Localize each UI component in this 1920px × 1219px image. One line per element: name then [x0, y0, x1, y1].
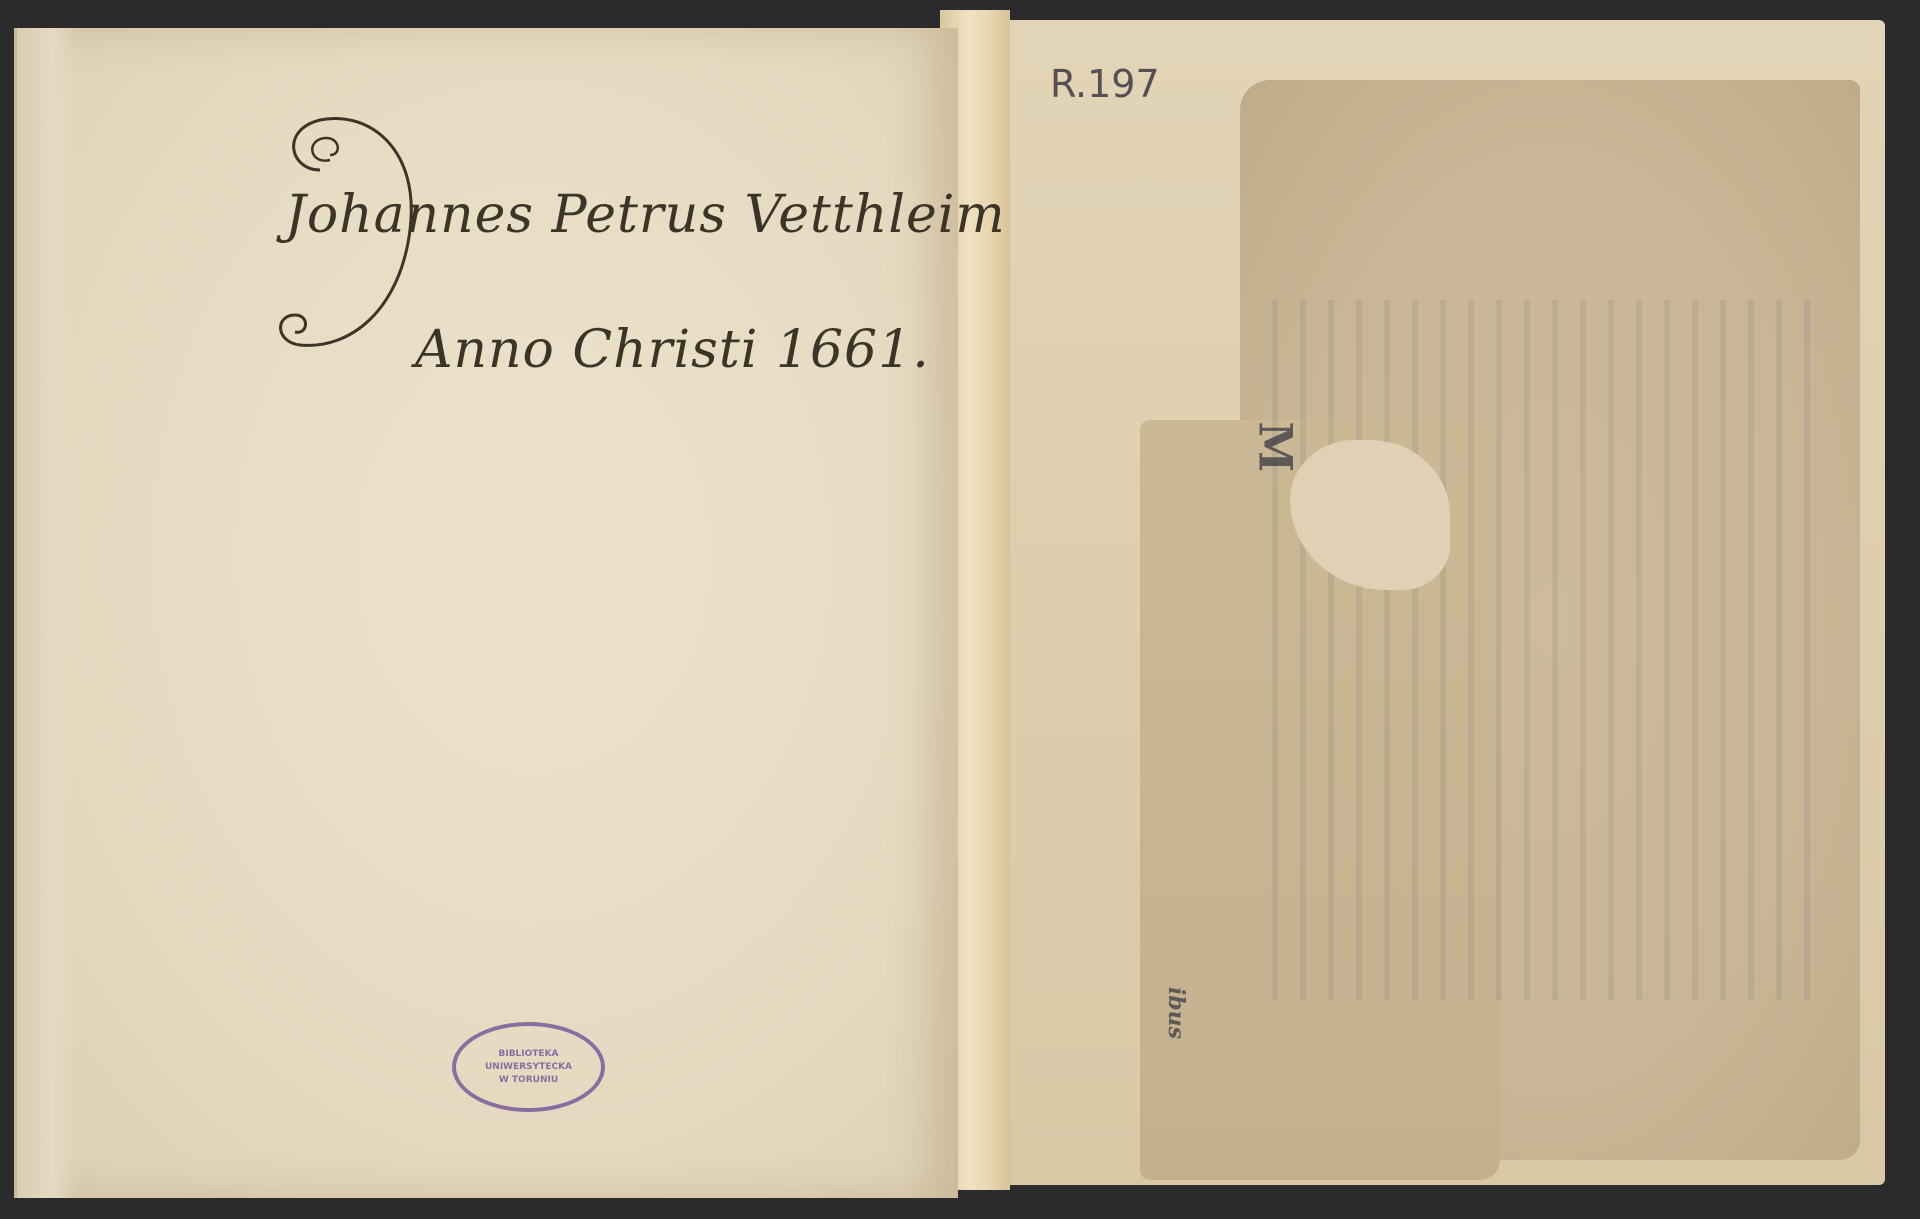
- printed-letter-fragment: M: [1248, 422, 1302, 473]
- stamp-line: W TORUNIU: [456, 1074, 601, 1087]
- shelfmark: R.197: [1050, 62, 1160, 106]
- stamp-line: UNIWERSYTECKA: [456, 1061, 601, 1074]
- book-spread: M ibus R.197 Johannes Petrus Vetthleim A…: [0, 0, 1920, 1219]
- printed-text-lines: [1250, 300, 1810, 1000]
- page-edges: [14, 28, 77, 1198]
- owner-inscription: Johannes Petrus Vetthleim: [285, 185, 1006, 245]
- printed-word-fragment: ibus: [1163, 987, 1189, 1039]
- stamp-line: BIBLIOTEKA: [456, 1048, 601, 1061]
- date-inscription: Anno Christi 1661.: [415, 320, 930, 380]
- library-stamp: BIBLIOTEKA UNIWERSYTECKA W TORUNIU: [452, 1022, 605, 1112]
